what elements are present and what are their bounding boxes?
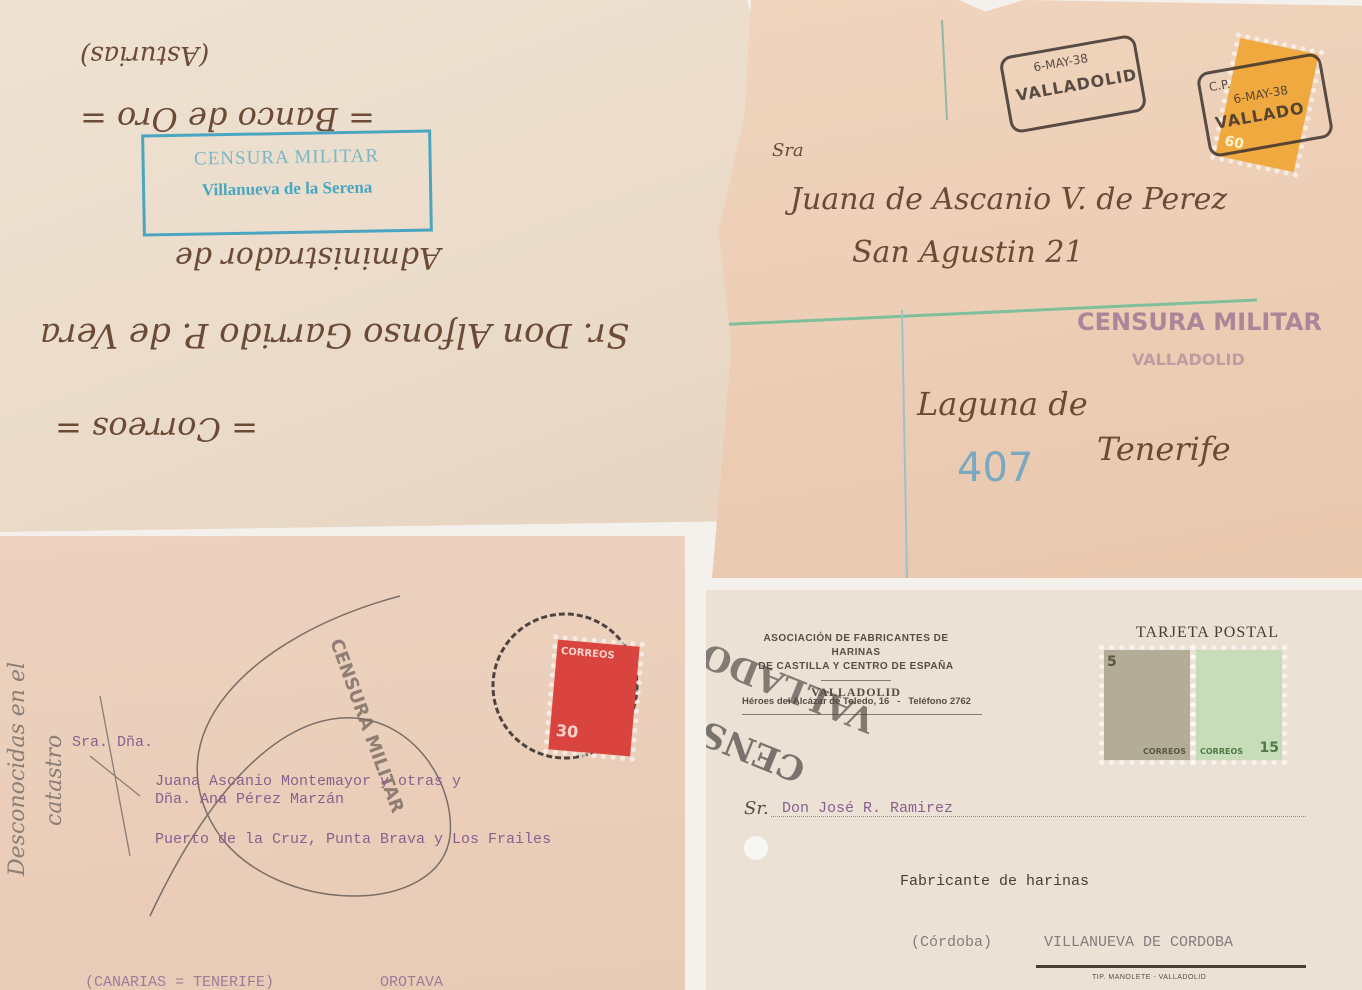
envelope-top-right: 6-MAY-38 VALLADOLID 60 C.P. 6-MAY-38 VAL… bbox=[712, 0, 1362, 578]
pencil-margin-note-2: catastro bbox=[42, 735, 67, 826]
handwriting-title: Administrador de bbox=[175, 240, 441, 275]
postcard-bottom-right: ASOCIACIÓN DE FABRICANTES DE HARINAS DE … bbox=[706, 590, 1362, 990]
censor-stamp-line1: CENSURA MILITAR bbox=[144, 145, 428, 172]
punch-hole bbox=[744, 836, 768, 860]
envelope-top-left: (Asturias) = Banco de Oro = CENSURA MILI… bbox=[0, 0, 770, 532]
divider bbox=[1036, 965, 1306, 968]
locality: Puerto de la Cruz, Punta Brava y Los Fra… bbox=[155, 831, 551, 848]
stamp-value: 30 bbox=[555, 721, 579, 742]
postage-stamp-30: CORREOS 30 bbox=[543, 634, 645, 762]
recipient-line-1: Juana Ascanio Montemayor y otras y bbox=[155, 773, 461, 790]
censor-stamp-line2: Villanueva de la Serena bbox=[145, 177, 429, 202]
pencil-margin-note-1: Desconocidas en el bbox=[5, 662, 30, 876]
occupation: Fabricante de harinas bbox=[900, 873, 1089, 890]
town: OROTAVA bbox=[380, 974, 443, 990]
address-line-1: Juana de Ascanio V. de Perez bbox=[790, 182, 1227, 217]
recipient-line-2: Dña. Ana Pérez Marzán bbox=[155, 791, 344, 808]
postmark-city: VALLADO bbox=[1214, 95, 1328, 133]
postage-stamp-15: 15 CORREOS bbox=[1191, 645, 1287, 765]
divider bbox=[821, 680, 891, 681]
postage-stamp-5: 5 CORREOS bbox=[1099, 645, 1195, 765]
handwriting-name: Sr. Don Alfonso Garrido P. de Vera bbox=[40, 315, 629, 355]
censor-military-line2: VALLADOLID bbox=[1132, 350, 1245, 369]
addressee: Don José R. Ramirez bbox=[782, 800, 953, 817]
handwriting-prefix: Sra bbox=[772, 140, 804, 161]
envelope-bottom-left: Desconocidas en el catastro CENSURA MILI… bbox=[0, 536, 685, 990]
printer-credit: TIP. MANOLETE - VALLADOLID bbox=[1092, 974, 1206, 981]
stamp-label: CORREOS bbox=[1200, 747, 1243, 756]
address-line-4: Tenerife bbox=[1097, 430, 1231, 468]
destination-town: VILLANUEVA DE CORDOBA bbox=[1044, 934, 1233, 951]
handwriting-correos: = Correos = bbox=[55, 410, 258, 448]
stamp-value: 5 bbox=[1107, 654, 1117, 670]
addressee-prefix: Sr. bbox=[744, 798, 769, 819]
censor-stamp-villanueva: CENSURA MILITAR Villanueva de la Serena bbox=[141, 129, 433, 236]
card-title: TARJETA POSTAL bbox=[1136, 624, 1279, 642]
stamp-label: CORREOS bbox=[1143, 747, 1186, 756]
censor-military-line1: CENSURA MILITAR bbox=[1077, 308, 1322, 336]
province: (Córdoba) bbox=[911, 934, 992, 951]
address-line-2: San Agustin 21 bbox=[852, 235, 1084, 270]
address-line-3: Laguna de bbox=[917, 385, 1088, 423]
sender-line-1: ASOCIACIÓN DE FABRICANTES DE HARINAS bbox=[741, 632, 971, 660]
salutation: Sra. Dña. bbox=[72, 734, 153, 751]
stamp-value: 15 bbox=[1260, 740, 1279, 756]
pencil-number: 407 bbox=[957, 445, 1033, 491]
region: (CANARIAS = TENERIFE) bbox=[85, 974, 274, 990]
stamp-label: CORREOS bbox=[560, 646, 615, 662]
handwriting-region: (Asturias) bbox=[80, 40, 209, 70]
